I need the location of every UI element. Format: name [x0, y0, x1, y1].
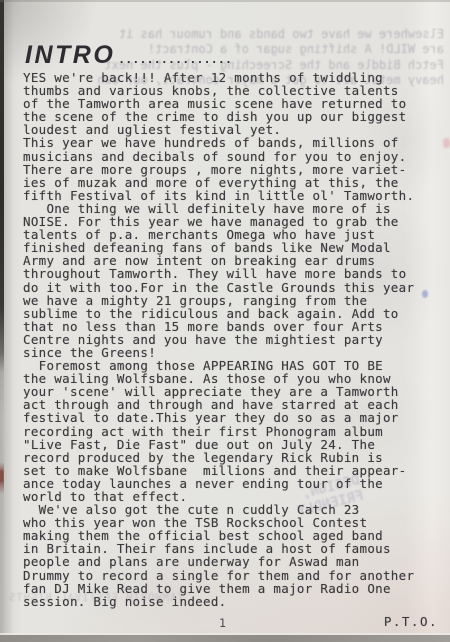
- ink-mark-blue: [422, 290, 428, 298]
- pto-label: P.T.O.: [384, 614, 438, 629]
- ink-mark-pink: [443, 138, 450, 148]
- title-dotted-line: ................: [118, 53, 232, 66]
- page-title-text: INTRO: [25, 41, 115, 69]
- article-body-text: YES we're back!!! After 12 months of twi…: [23, 71, 414, 608]
- page-number: 1: [219, 616, 226, 630]
- scanned-fanzine-page: Elsewhere we have two bands and rumour h…: [0, 0, 450, 642]
- scan-edge-top: [0, 0, 450, 2]
- page-title: INTRO................: [25, 33, 232, 71]
- scan-edge-left: [0, 0, 4, 642]
- scan-edge-bottom: [0, 635, 450, 642]
